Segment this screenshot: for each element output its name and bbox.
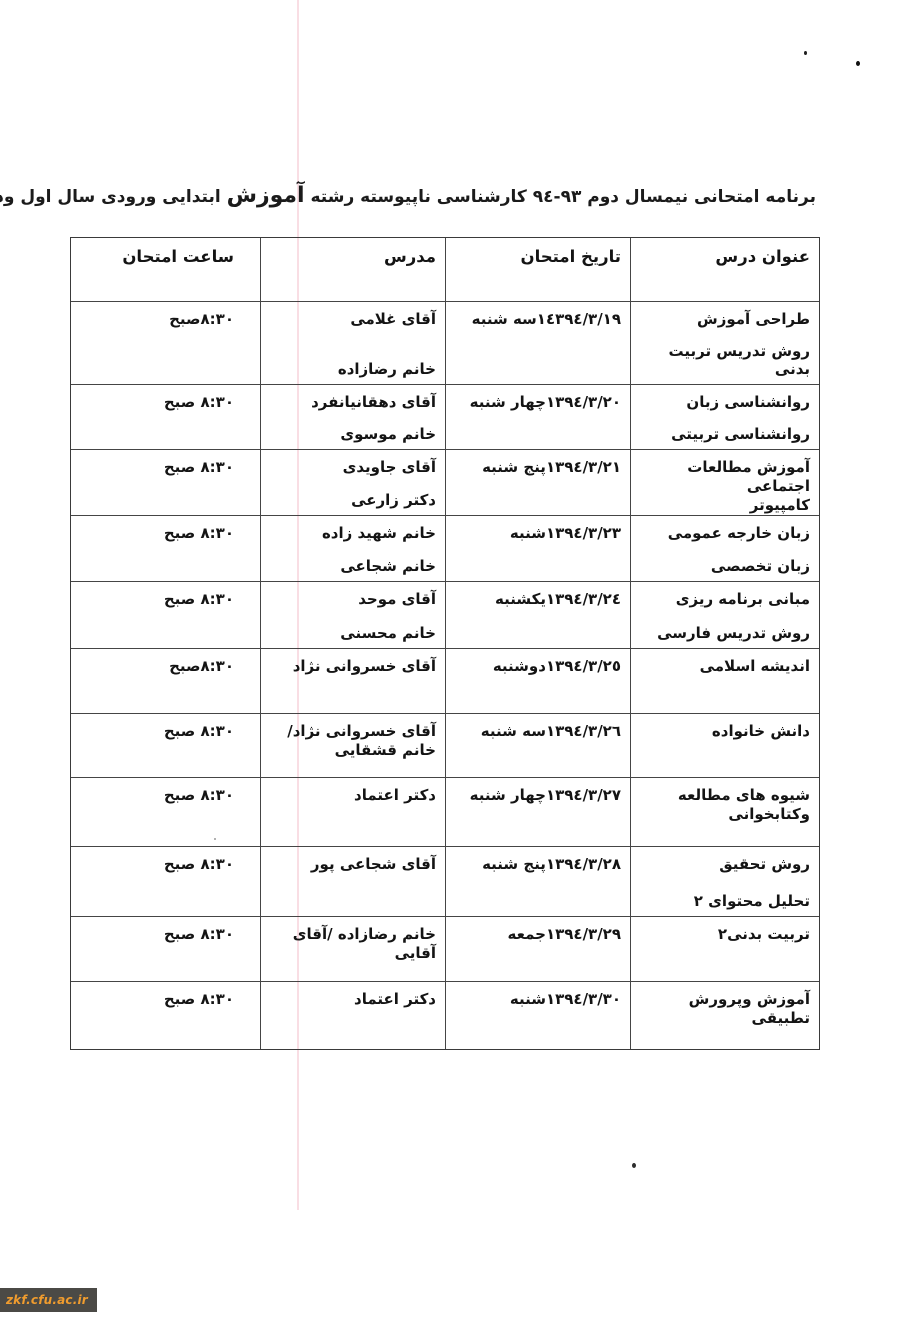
exam-date: ١٣٩٤/٣/٣٠شنبه xyxy=(454,990,621,1009)
course-title: کامپیوتر xyxy=(639,496,810,515)
watermark-badge: zkf.cfu.ac.ir xyxy=(0,1288,97,1312)
exam-time: ٨:٣٠ صبح xyxy=(75,524,234,543)
table-row: طراحی آموزش روش تدریس تربیت بدنی ١٤٣٩٤/٣… xyxy=(71,301,819,384)
exam-date: ١٣٩٤/٣/٢٧چهار شنبه xyxy=(454,786,621,805)
exam-date: ١٣٩٤/٣/٢٦سه شنبه xyxy=(454,722,621,741)
instructor-cell: آقای جاویدی دکتر زارعی xyxy=(260,450,445,515)
scan-speck xyxy=(804,51,807,55)
instructor-cell: خانم رضازاده /آقای آقایی xyxy=(260,917,445,981)
course-cell: دانش خانواده xyxy=(630,714,819,777)
course-cell: تربیت بدنی٢ xyxy=(630,917,819,981)
course-title: زبان خارجه عمومی xyxy=(639,524,810,543)
exam-time: ٨:٣٠ صبح xyxy=(75,590,234,609)
exam-date: ١٣٩٤/٣/٢٥دوشنبه xyxy=(454,657,621,676)
course-title: تربیت بدنی٢ xyxy=(639,925,810,944)
exam-date-cell: ١٤٣٩٤/٣/١٩سه شنبه xyxy=(445,302,630,384)
exam-date-cell: ١٣٩٤/٣/٢١پنج شنبه xyxy=(445,450,630,515)
course-title: تحلیل محتوای ٢ xyxy=(639,892,810,911)
table-row: روش تحقیق تحلیل محتوای ٢ ١٣٩٤/٣/٢٨پنج شن… xyxy=(71,846,819,916)
exam-time: ٨:٣٠ صبح xyxy=(75,925,234,944)
header-exam-time-label: ساعت امتحان xyxy=(75,247,234,268)
exam-time-cell: ٨:٣٠صبح xyxy=(71,302,260,384)
table-row: آموزش مطالعات اجتماعی کامپیوتر ١٣٩٤/٣/٢١… xyxy=(71,449,819,515)
instructor-cell: آقای خسروانی نژاد/خانم قشقایی xyxy=(260,714,445,777)
instructor-cell: آقای شجاعی پور xyxy=(260,847,445,916)
exam-time-cell: ٨:٣٠صبح xyxy=(71,649,260,713)
header-instructor: مدرس xyxy=(260,238,445,301)
exam-date: ١٣٩٤/٣/٢٩جمعه xyxy=(454,925,621,944)
exam-time-cell: ٨:٣٠ صبح xyxy=(71,450,260,515)
instructor-name: آقای خسروانی نژاد xyxy=(269,657,436,676)
course-title: اندیشه اسلامی xyxy=(639,657,810,676)
course-title: روش تحقیق xyxy=(639,855,810,874)
course-cell: مبانی برنامه ریزی روش تدریس فارسی xyxy=(630,582,819,648)
course-title: آموزش وپرورش تطبیقی xyxy=(639,990,810,1028)
instructor-name: آقای دهقانیانفرد xyxy=(269,393,436,412)
exam-time-cell: ٨:٣٠ صبح xyxy=(71,582,260,648)
instructor-cell: دکتر اعتماد xyxy=(260,982,445,1049)
exam-date: ١٣٩٤/٣/٢٣شنبه xyxy=(454,524,621,543)
exam-date-cell: ١٣٩٤/٣/٢٧چهار شنبه xyxy=(445,778,630,846)
course-title: آموزش مطالعات اجتماعی xyxy=(639,458,810,496)
exam-time-cell: ٨:٣٠ صبح xyxy=(71,847,260,916)
instructor-name: خانم شجاعی xyxy=(269,557,436,576)
course-title: مبانی برنامه ریزی xyxy=(639,590,810,609)
exam-date: ١٣٩٤/٣/٢١پنج شنبه xyxy=(454,458,621,477)
header-instructor-label: مدرس xyxy=(269,247,436,268)
exam-time: ٨:٣٠ صبح xyxy=(75,855,234,874)
course-title: روش تدریس فارسی xyxy=(639,624,810,643)
exam-date: ١٣٩٤/٣/٢٤یکشنبه xyxy=(454,590,621,609)
table-row: اندیشه اسلامی ١٣٩٤/٣/٢٥دوشنبه آقای خسروا… xyxy=(71,648,819,713)
page-title: برنامه امتحانی نیمسال دوم ٩٣-٩٤ کارشناسی… xyxy=(60,183,816,208)
instructor-cell: آقای غلامی خانم رضازاده xyxy=(260,302,445,384)
header-course-label: عنوان درس xyxy=(639,247,810,268)
exam-date-cell: ١٣٩٤/٣/٢٩جمعه xyxy=(445,917,630,981)
exam-date-cell: ١٣٩٤/٣/٢٤یکشنبه xyxy=(445,582,630,648)
exam-time-cell: ٨:٣٠ صبح xyxy=(71,778,260,846)
table-row: مبانی برنامه ریزی روش تدریس فارسی ١٣٩٤/٣… xyxy=(71,581,819,648)
instructor-name: دکتر زارعی xyxy=(269,491,436,510)
course-title: روانشناسی تربیتی xyxy=(639,425,810,444)
instructor-cell: آقای دهقانیانفرد خانم موسوی xyxy=(260,385,445,449)
exam-time-cell: ٨:٣٠ صبح xyxy=(71,982,260,1049)
exam-time: ٨:٣٠ صبح xyxy=(75,990,234,1009)
scan-speck xyxy=(856,61,860,66)
instructor-name: خانم رضازاده xyxy=(269,360,436,379)
exam-date-cell: ١٣٩٤/٣/٢٠چهار شنبه xyxy=(445,385,630,449)
exam-date: ١٤٣٩٤/٣/١٩سه شنبه xyxy=(454,310,621,329)
course-title: زبان تخصصی xyxy=(639,557,810,576)
exam-time-cell: ٨:٣٠ صبح xyxy=(71,516,260,581)
table-row: آموزش وپرورش تطبیقی ١٣٩٤/٣/٣٠شنبه دکتر ا… xyxy=(71,981,819,1049)
page-title-part1: برنامه امتحانی نیمسال دوم ٩٣-٩٤ کارشناسی… xyxy=(311,187,817,207)
table-row: شیوه های مطالعه وکتابخوانی ١٣٩٤/٣/٢٧چهار… xyxy=(71,777,819,846)
table-row: زبان خارجه عمومی زبان تخصصی ١٣٩٤/٣/٢٣شنب… xyxy=(71,515,819,581)
instructor-cell: خانم شهید زاده خانم شجاعی xyxy=(260,516,445,581)
table-row: دانش خانواده ١٣٩٤/٣/٢٦سه شنبه آقای خسروا… xyxy=(71,713,819,777)
header-exam-date-label: تاریخ امتحان xyxy=(454,247,621,268)
table-header-row: عنوان درس تاریخ امتحان مدرس ساعت امتحان xyxy=(71,238,819,301)
course-title: شیوه های مطالعه وکتابخوانی xyxy=(639,786,810,824)
course-cell: طراحی آموزش روش تدریس تربیت بدنی xyxy=(630,302,819,384)
course-title: روش تدریس تربیت بدنی xyxy=(639,342,810,380)
instructor-name: دکتر اعتماد xyxy=(269,990,436,1009)
watermark-url: zkf.cfu.ac.ir xyxy=(6,1293,88,1307)
course-cell: آموزش مطالعات اجتماعی کامپیوتر xyxy=(630,450,819,515)
course-cell: روش تحقیق تحلیل محتوای ٢ xyxy=(630,847,819,916)
course-title: روانشناسی زبان xyxy=(639,393,810,412)
scanned-exam-schedule-page: { "page": { "title": { "part1": "برنامه … xyxy=(0,0,900,1321)
instructor-name: آقای موحد xyxy=(269,590,436,609)
scan-speck xyxy=(632,1163,636,1168)
exam-time: ٨:٣٠صبح xyxy=(75,657,234,676)
page-title-part2: ابتدایی ورودی سال اول ودوم xyxy=(0,187,221,207)
exam-time: ٨:٣٠ صبح xyxy=(75,458,234,477)
exam-time: ٨:٣٠صبح xyxy=(75,310,234,329)
exam-date-cell: ١٣٩٤/٣/٢٥دوشنبه xyxy=(445,649,630,713)
exam-time-cell: ٨:٣٠ صبح xyxy=(71,385,260,449)
page-title-emphasis: آموزش xyxy=(227,183,305,208)
exam-time: ٨:٣٠ صبح xyxy=(75,722,234,741)
course-cell: روانشناسی زبان روانشناسی تربیتی xyxy=(630,385,819,449)
instructor-cell: دکتر اعتماد xyxy=(260,778,445,846)
exam-time-cell: ٨:٣٠ صبح xyxy=(71,714,260,777)
course-cell: آموزش وپرورش تطبیقی xyxy=(630,982,819,1049)
instructor-name: خانم محسنی xyxy=(269,624,436,643)
course-cell: شیوه های مطالعه وکتابخوانی xyxy=(630,778,819,846)
course-title: دانش خانواده xyxy=(639,722,810,741)
table-row: روانشناسی زبان روانشناسی تربیتی ١٣٩٤/٣/٢… xyxy=(71,384,819,449)
instructor-name: آقای خسروانی نژاد/خانم قشقایی xyxy=(269,722,436,760)
exam-date: ١٣٩٤/٣/٢٨پنج شنبه xyxy=(454,855,621,874)
exam-date-cell: ١٣٩٤/٣/٣٠شنبه xyxy=(445,982,630,1049)
instructor-name: آقای جاویدی xyxy=(269,458,436,477)
exam-date-cell: ١٣٩٤/٣/٢٣شنبه xyxy=(445,516,630,581)
exam-time-cell: ٨:٣٠ صبح xyxy=(71,917,260,981)
exam-schedule-table: عنوان درس تاریخ امتحان مدرس ساعت امتحان … xyxy=(70,237,820,1050)
instructor-name: خانم موسوی xyxy=(269,425,436,444)
exam-date: ١٣٩٤/٣/٢٠چهار شنبه xyxy=(454,393,621,412)
instructor-name: دکتر اعتماد xyxy=(269,786,436,805)
course-cell: اندیشه اسلامی xyxy=(630,649,819,713)
exam-time: ٨:٣٠ صبح xyxy=(75,393,234,412)
course-title: طراحی آموزش xyxy=(639,310,810,329)
instructor-name: خانم شهید زاده xyxy=(269,524,436,543)
exam-date-cell: ١٣٩٤/٣/٢٦سه شنبه xyxy=(445,714,630,777)
header-exam-time: ساعت امتحان xyxy=(71,238,260,301)
header-course: عنوان درس xyxy=(630,238,819,301)
exam-time: ٨:٣٠ صبح xyxy=(75,786,234,805)
header-exam-date: تاریخ امتحان xyxy=(445,238,630,301)
instructor-name: خانم رضازاده /آقای آقایی xyxy=(269,925,436,963)
instructor-name: آقای غلامی xyxy=(269,310,436,329)
instructor-cell: آقای موحد خانم محسنی xyxy=(260,582,445,648)
instructor-name: آقای شجاعی پور xyxy=(269,855,436,874)
instructor-cell: آقای خسروانی نژاد xyxy=(260,649,445,713)
exam-date-cell: ١٣٩٤/٣/٢٨پنج شنبه xyxy=(445,847,630,916)
table-row: تربیت بدنی٢ ١٣٩٤/٣/٢٩جمعه خانم رضازاده /… xyxy=(71,916,819,981)
course-cell: زبان خارجه عمومی زبان تخصصی xyxy=(630,516,819,581)
